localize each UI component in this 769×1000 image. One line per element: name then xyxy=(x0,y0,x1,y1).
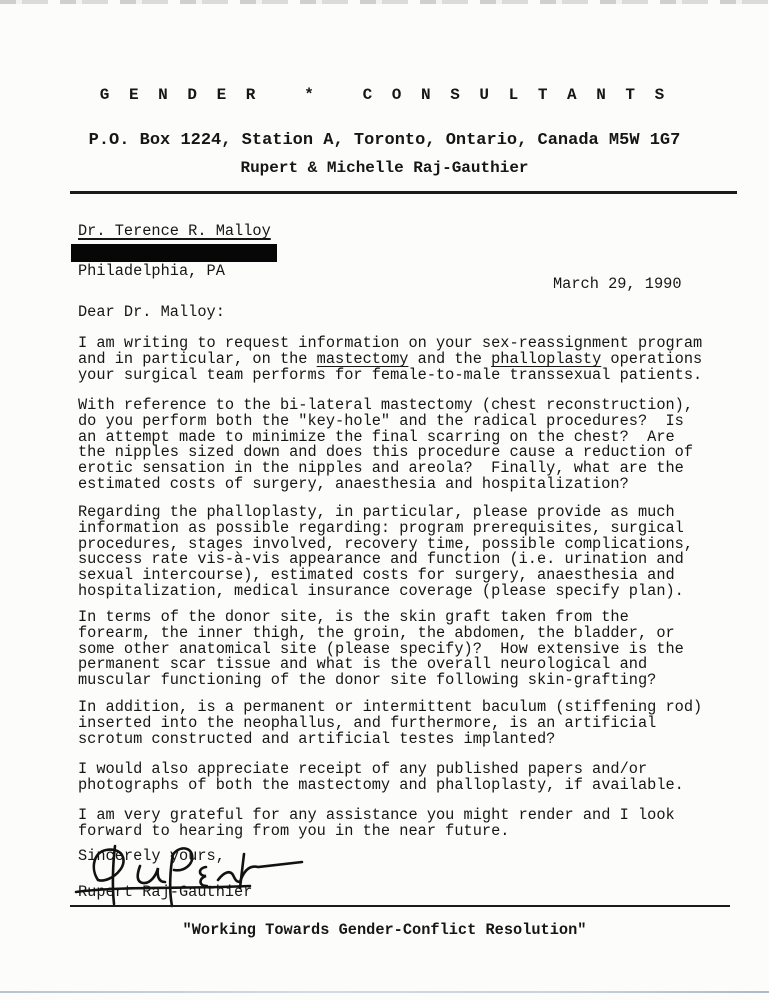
salutation: Dear Dr. Malloy: xyxy=(78,303,225,321)
letter-date: March 29, 1990 xyxy=(553,275,682,293)
letterhead-divider-rule xyxy=(70,191,737,194)
paragraph-papers-request: I would also appreciate receipt of any p… xyxy=(78,762,738,794)
paragraph-phalloplasty-questions: Regarding the phalloplasty, in particula… xyxy=(78,505,738,600)
paragraph-thanks: I am very grateful for any assistance yo… xyxy=(78,808,738,840)
scan-artifact-bottom-edge xyxy=(0,991,769,993)
paragraph-intro: I am writing to request information on y… xyxy=(78,336,738,383)
company-address: P.O. Box 1224, Station A, Toronto, Ontar… xyxy=(0,131,769,150)
recipient-city: Philadelphia, PA xyxy=(78,262,225,280)
handwritten-signature xyxy=(70,842,330,912)
company-principals: Rupert & Michelle Raj-Gauthier xyxy=(0,159,769,177)
scan-artifact-top-edge xyxy=(0,0,769,4)
recipient-name: Dr. Terence R. Malloy xyxy=(78,222,271,240)
paragraph-donor-site-questions: In terms of the donor site, is the skin … xyxy=(78,610,738,689)
company-name: G E N D E R * C O N S U L T A N T S xyxy=(0,86,769,104)
footer-divider-rule xyxy=(70,905,730,907)
footer-slogan: "Working Towards Gender-Conflict Resolut… xyxy=(0,921,769,939)
scanned-letter-page: G E N D E R * C O N S U L T A N T S P.O.… xyxy=(0,0,769,1000)
paragraph-baculum-questions: In addition, is a permanent or intermitt… xyxy=(78,700,738,747)
paragraph-mastectomy-questions: With reference to the bi-lateral mastect… xyxy=(78,398,738,493)
redaction-bar xyxy=(71,244,277,262)
